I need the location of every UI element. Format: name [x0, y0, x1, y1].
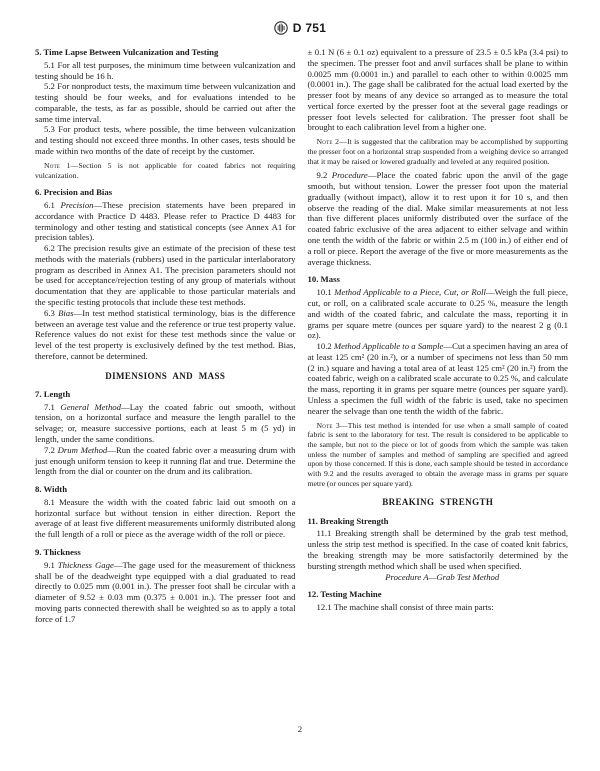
para-6-3-text: —In test method statistical terminology,…	[35, 308, 296, 361]
para-10-1-number: 10.1	[317, 287, 335, 297]
note-3-text: This test method is intended for use whe…	[308, 421, 569, 488]
section-7-heading: 7. Length	[35, 389, 296, 400]
para-7-1-number: 7.1	[44, 402, 60, 412]
procedure-a-subtitle: Procedure A—Grab Test Method	[308, 572, 569, 583]
para-7-1: 7.1 General Method—Lay the coated fabric…	[35, 402, 296, 445]
dimensions-and-mass-heading: DIMENSIONS AND MASS	[35, 371, 296, 382]
para-7-2: 7.2 Drum Method—Run the coated fabric ov…	[35, 445, 296, 477]
para-8-1: 8.1 Measure the width with the coated fa…	[35, 497, 296, 540]
para-6-1-lead: Precision	[61, 200, 94, 210]
section-10-heading: 10. Mass	[308, 274, 569, 285]
section-6-heading: 6. Precision and Bias	[35, 187, 296, 198]
para-11-1: 11.1 Breaking strength shall be determin…	[308, 528, 569, 571]
para-6-2: 6.2 The precision results give an estima…	[35, 243, 296, 308]
right-column: ± 0.1 N (6 ± 0.1 oz) equivalent to a pre…	[308, 47, 569, 625]
section-11-heading: 11. Breaking Strength	[308, 516, 569, 527]
para-5-3: 5.3 For product tests, where possible, t…	[35, 124, 296, 156]
document-code: D 751	[293, 21, 327, 35]
breaking-strength-heading: BREAKING STRENGTH	[308, 497, 569, 508]
note-2-label: Note 2—	[317, 137, 348, 146]
para-7-2-number: 7.2	[44, 445, 58, 455]
para-5-1: 5.1 For all test purposes, the minimum t…	[35, 60, 296, 82]
section-8-heading: 8. Width	[35, 484, 296, 495]
para-12-1: 12.1 The machine shall consist of three …	[308, 602, 569, 613]
para-6-3-lead: Bias	[58, 308, 73, 318]
two-column-body: 5. Time Lapse Between Vulcanization and …	[35, 47, 568, 625]
standard-document-page: D 751 5. Time Lapse Between Vulcanizatio…	[0, 0, 600, 771]
para-9-1-lead: Thickness Gage	[58, 560, 114, 570]
page-header: D 751	[0, 21, 600, 35]
para-5-2: 5.2 For nonproduct tests, the maximum ti…	[35, 81, 296, 124]
para-9-1-continuation: ± 0.1 N (6 ± 0.1 oz) equivalent to a pre…	[308, 47, 569, 133]
left-column: 5. Time Lapse Between Vulcanization and …	[35, 47, 296, 625]
note-3-label: Note 3—	[317, 421, 348, 430]
para-10-1-lead: Method Applicable to a Piece, Cut, or Ro…	[334, 287, 486, 297]
para-9-1-number: 9.1	[44, 560, 58, 570]
section-9-heading: 9. Thickness	[35, 547, 296, 558]
para-6-3: 6.3 Bias—In test method statistical term…	[35, 308, 296, 362]
para-7-2-lead: Drum Method	[58, 445, 108, 455]
section-12-heading: 12. Testing Machine	[308, 589, 569, 600]
para-10-2-lead: Method Applicable to a Sample	[334, 341, 443, 351]
note-2-text: It is suggested that the calibration may…	[308, 137, 569, 165]
para-9-2-lead: Procedure	[332, 170, 368, 180]
para-10-2: 10.2 Method Applicable to a Sample—Cut a…	[308, 341, 569, 416]
para-9-1: 9.1 Thickness Gage—The gage used for the…	[35, 560, 296, 625]
page-number: 2	[0, 724, 600, 734]
section-5-heading: 5. Time Lapse Between Vulcanization and …	[35, 47, 296, 58]
note-1-label: Note 1—	[44, 161, 78, 170]
para-10-1: 10.1 Method Applicable to a Piece, Cut, …	[308, 287, 569, 341]
para-10-2-number: 10.2	[317, 341, 334, 351]
para-7-1-lead: General Method	[60, 402, 121, 412]
note-2: Note 2—It is suggested that the calibrat…	[308, 137, 569, 166]
astm-logo-icon	[274, 21, 288, 35]
para-9-2-number: 9.2	[317, 170, 332, 180]
note-3: Note 3—This test method is intended for …	[308, 421, 569, 489]
para-9-2-text: —Place the coated fabric upon the anvil …	[308, 170, 569, 266]
para-6-1: 6.1 Precision—These precision statements…	[35, 200, 296, 243]
para-10-2-text: —Cut a specimen having an area of at lea…	[308, 341, 569, 416]
para-6-3-number: 6.3	[44, 308, 58, 318]
note-1: Note 1—Section 5 is not applicable for c…	[35, 161, 296, 180]
para-6-1-number: 6.1	[44, 200, 61, 210]
para-9-2: 9.2 Procedure—Place the coated fabric up…	[308, 170, 569, 267]
